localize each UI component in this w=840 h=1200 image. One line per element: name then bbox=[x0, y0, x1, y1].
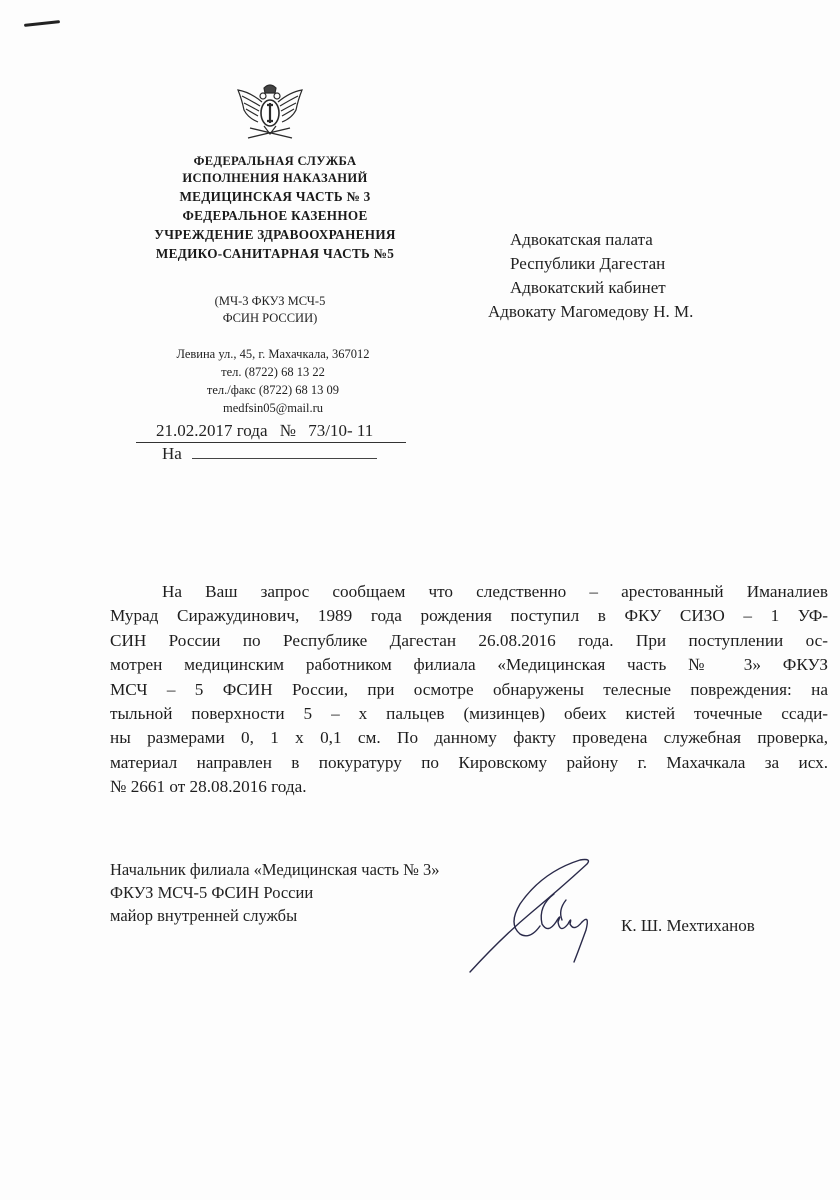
recipient-line: Адвокату Магомедову Н. М. bbox=[488, 300, 748, 324]
short-name-line: (МЧ-3 ФКУЗ МСЧ-5 bbox=[170, 293, 370, 310]
reference-line: На bbox=[162, 443, 377, 465]
body-line: материал направлен в покуратуру по Киров… bbox=[110, 751, 828, 775]
handwritten-signature-icon bbox=[462, 852, 612, 982]
letter-body: На Ваш запрос сообщаем что следственно –… bbox=[110, 580, 828, 800]
eagle-emblem-icon bbox=[232, 82, 308, 148]
body-line: Мурад Сиражудинович, 1989 года рождения … bbox=[110, 604, 828, 628]
document-number: 73/10- 11 bbox=[308, 421, 373, 440]
letterhead-line: ФЕДЕРАЛЬНОЕ КАЗЕННОЕ bbox=[110, 206, 440, 225]
fax: тел./факс (8722) 68 13 09 bbox=[128, 381, 418, 399]
recipient-block: Адвокатская палата Республики Дагестан А… bbox=[488, 228, 748, 324]
phone: тел. (8722) 68 13 22 bbox=[128, 363, 418, 381]
street-address: Левина ул., 45, г. Махачкала, 367012 bbox=[128, 345, 418, 363]
reference-label: На bbox=[162, 444, 182, 463]
body-line: МСЧ – 5 ФСИН России, при осмотре обнаруж… bbox=[110, 678, 828, 702]
letterhead-line: МЕДИЦИНСКАЯ ЧАСТЬ № 3 bbox=[110, 187, 440, 206]
body-line: мотрен медицинским работником филиала «М… bbox=[110, 653, 828, 677]
recipient-line: Адвокатский кабинет bbox=[488, 276, 748, 300]
letterhead-line: ИСПОЛНЕНИЯ НАКАЗАНИЙ bbox=[110, 170, 440, 187]
email: medfsin05@mail.ru bbox=[128, 399, 418, 417]
body-line: тыльной поверхности 5 – х пальцев (мизин… bbox=[110, 702, 828, 726]
document-date: 21.02.2017 года bbox=[156, 421, 268, 440]
letterhead: ФЕДЕРАЛЬНАЯ СЛУЖБА ИСПОЛНЕНИЯ НАКАЗАНИЙ … bbox=[110, 153, 440, 263]
pen-mark bbox=[24, 20, 60, 27]
body-line: СИН России по Республике Дагестан 26.08.… bbox=[110, 629, 828, 653]
document-page: ФЕДЕРАЛЬНАЯ СЛУЖБА ИСПОЛНЕНИЯ НАКАЗАНИЙ … bbox=[0, 0, 840, 1200]
registration-line: 21.02.2017 года № 73/10- 11 bbox=[136, 420, 406, 443]
letterhead-line: МЕДИКО-САНИТАРНАЯ ЧАСТЬ №5 bbox=[110, 244, 440, 263]
number-label: № bbox=[280, 421, 296, 440]
body-line: ны размерами 0, 1 х 0,1 см. По данному ф… bbox=[110, 726, 828, 750]
short-name-line: ФСИН РОССИИ) bbox=[170, 310, 370, 327]
contact-address: Левина ул., 45, г. Махачкала, 367012 тел… bbox=[128, 345, 418, 417]
letterhead-line: ФЕДЕРАЛЬНАЯ СЛУЖБА bbox=[110, 153, 440, 170]
institution-short-name: (МЧ-3 ФКУЗ МСЧ-5 ФСИН РОССИИ) bbox=[170, 293, 370, 327]
recipient-line: Республики Дагестан bbox=[488, 252, 748, 276]
letterhead-line: УЧРЕЖДЕНИЕ ЗДРАВООХРАНЕНИЯ bbox=[110, 225, 440, 244]
signer-name: К. Ш. Мехтиханов bbox=[621, 915, 755, 937]
recipient-line: Адвокатская палата bbox=[488, 228, 748, 252]
reference-blank-field bbox=[192, 443, 377, 459]
body-line: № 2661 от 28.08.2016 года. bbox=[110, 775, 828, 799]
body-line: На Ваш запрос сообщаем что следственно –… bbox=[110, 580, 828, 604]
